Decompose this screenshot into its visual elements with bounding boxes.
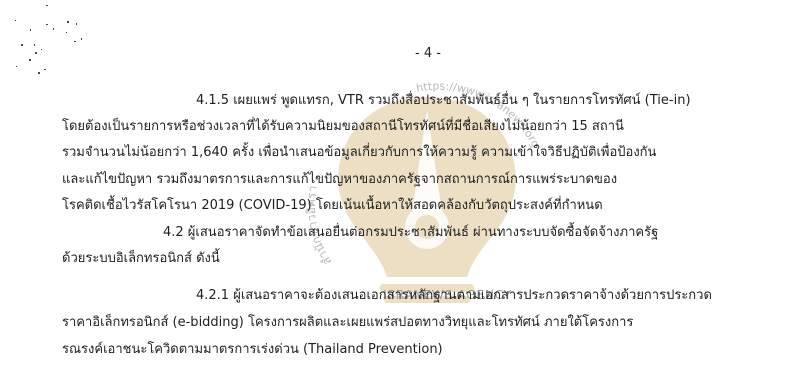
paragraph-4-1-5-line-2: โดยต้องเป็นรายการหรือช่วงเวลาที่ได้รับคว… xyxy=(62,118,624,136)
document-page: - 4 - สำนักข่าวอิศรา https://www.isranew… xyxy=(0,0,800,378)
paragraph-4-2-line-1: 4.2 ผู้เสนอราคาจัดทำข้อเสนอยื่นต่อกรมประ… xyxy=(163,224,658,242)
paragraph-4-2-1-line-2: ราคาอิเล็กทรอนิกส์ (e-bidding) โครงการผล… xyxy=(62,314,633,332)
paragraph-4-2-1-line-3: รณรงค์เอาชนะโควิดตามมาตรการเร่งด่วน (Tha… xyxy=(62,341,443,359)
paragraph-4-1-5-line-5: โรคติดเชื้อไวรัสโคโรนา 2019 (COVID-19) โ… xyxy=(62,197,603,215)
paragraph-4-2-1-line-1: 4.2.1 ผู้เสนอราคาจะต้องเสนอเอกสารหลักฐาน… xyxy=(196,287,712,305)
scan-noise-specks xyxy=(0,0,120,90)
paragraph-4-1-5-line-1: 4.1.5 เผยแพร่ พูดแทรก, VTR รวมถึงสื่อประ… xyxy=(196,92,691,110)
paragraph-4-2-line-2: ด้วยระบบอิเล็กทรอนิกส์ ดังนี้ xyxy=(62,250,220,268)
paragraph-4-1-5-line-3: รวมจำนวนไม่น้อยกว่า 1,640 ครั้ง เพื่อนำเ… xyxy=(62,144,656,162)
paragraph-4-1-5-line-4: และแก้ไขปัญหา รวมถึงมาตรการและการแก้ไขปั… xyxy=(62,171,617,189)
